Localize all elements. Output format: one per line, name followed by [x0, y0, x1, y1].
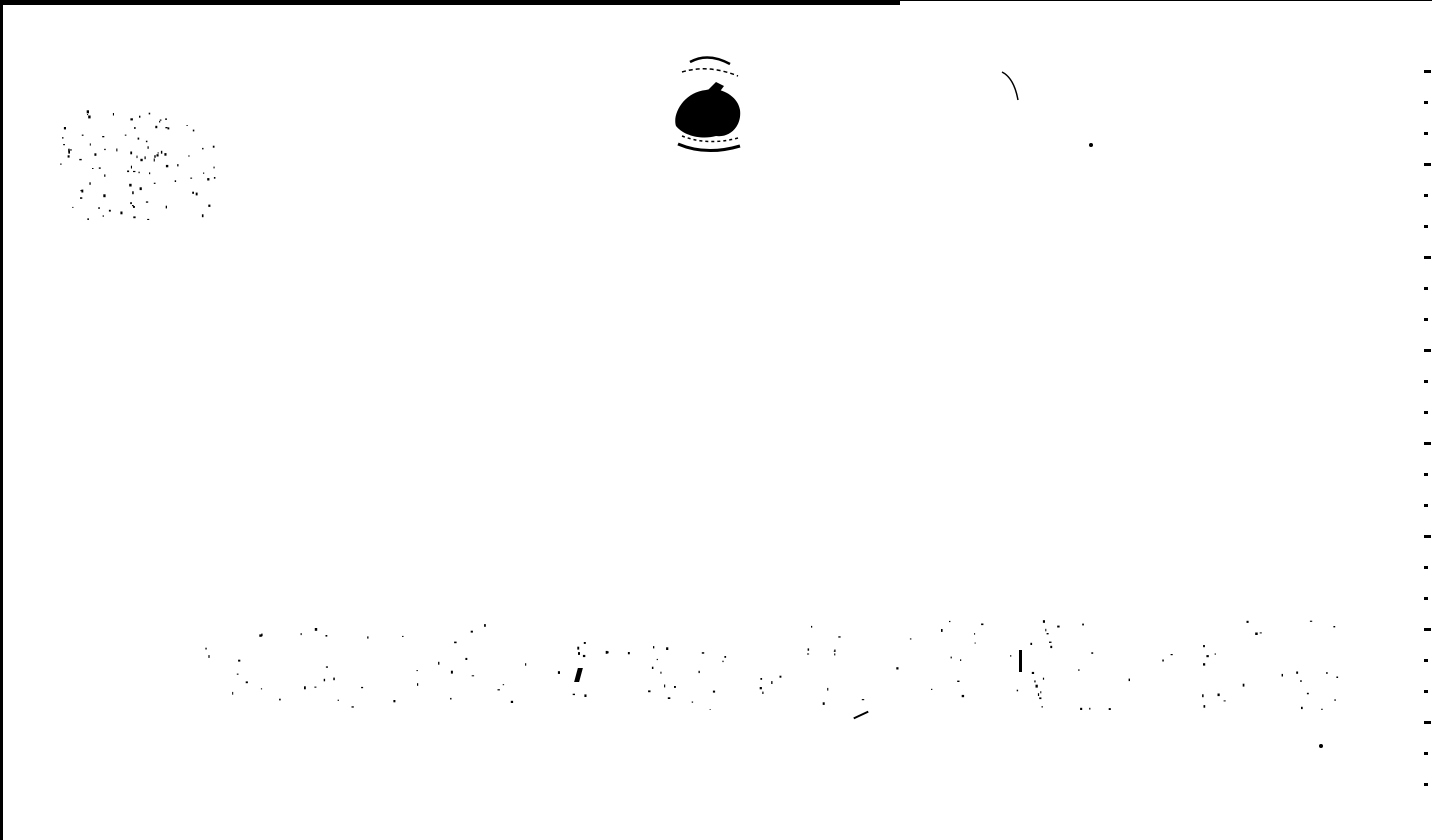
- dot: [1089, 143, 1093, 147]
- ruler-tick: [1424, 132, 1428, 135]
- ruler-tick: [1424, 752, 1428, 755]
- arc-fragment: [1000, 70, 1030, 110]
- stroke-fragment: [1019, 650, 1022, 672]
- ruler-tick: [1424, 256, 1431, 259]
- ruler-tick: [1424, 690, 1428, 693]
- top-window-border-tail: [900, 0, 1432, 1]
- ruler-tick: [1424, 628, 1431, 631]
- screenshot-frame: [0, 0, 1432, 840]
- ruler-tick: [1424, 101, 1428, 104]
- ruler-tick: [1424, 721, 1431, 724]
- ruler-tick: [1424, 504, 1428, 507]
- stroke-fragment: [853, 711, 868, 720]
- ruler-tick: [1424, 225, 1428, 228]
- ruler-tick: [1424, 349, 1431, 352]
- ruler-tick: [1424, 442, 1431, 445]
- ruler-tick: [1424, 783, 1428, 786]
- ruler-tick: [1424, 194, 1428, 197]
- degraded-text-block-top-left: [60, 110, 220, 220]
- ruler-tick: [1424, 380, 1428, 383]
- ruler-tick: [1424, 411, 1428, 414]
- ruler-tick: [1424, 535, 1431, 538]
- ruler-tick: [1424, 70, 1431, 73]
- ruler-tick: [1424, 318, 1428, 321]
- ruler-tick: [1424, 287, 1428, 290]
- ruler-tick: [1424, 597, 1428, 600]
- top-window-border: [0, 0, 900, 5]
- circular-emblem-icon: [668, 50, 748, 160]
- ruler-tick: [1424, 163, 1431, 166]
- degraded-text-row-bottom: [200, 620, 1340, 710]
- ruler-tick: [1424, 566, 1428, 569]
- ruler-tick: [1424, 659, 1428, 662]
- dot: [1319, 744, 1323, 748]
- ruler-tick: [1424, 473, 1428, 476]
- left-window-border: [0, 0, 3, 840]
- vertical-ruler-icon[interactable]: [1418, 60, 1432, 840]
